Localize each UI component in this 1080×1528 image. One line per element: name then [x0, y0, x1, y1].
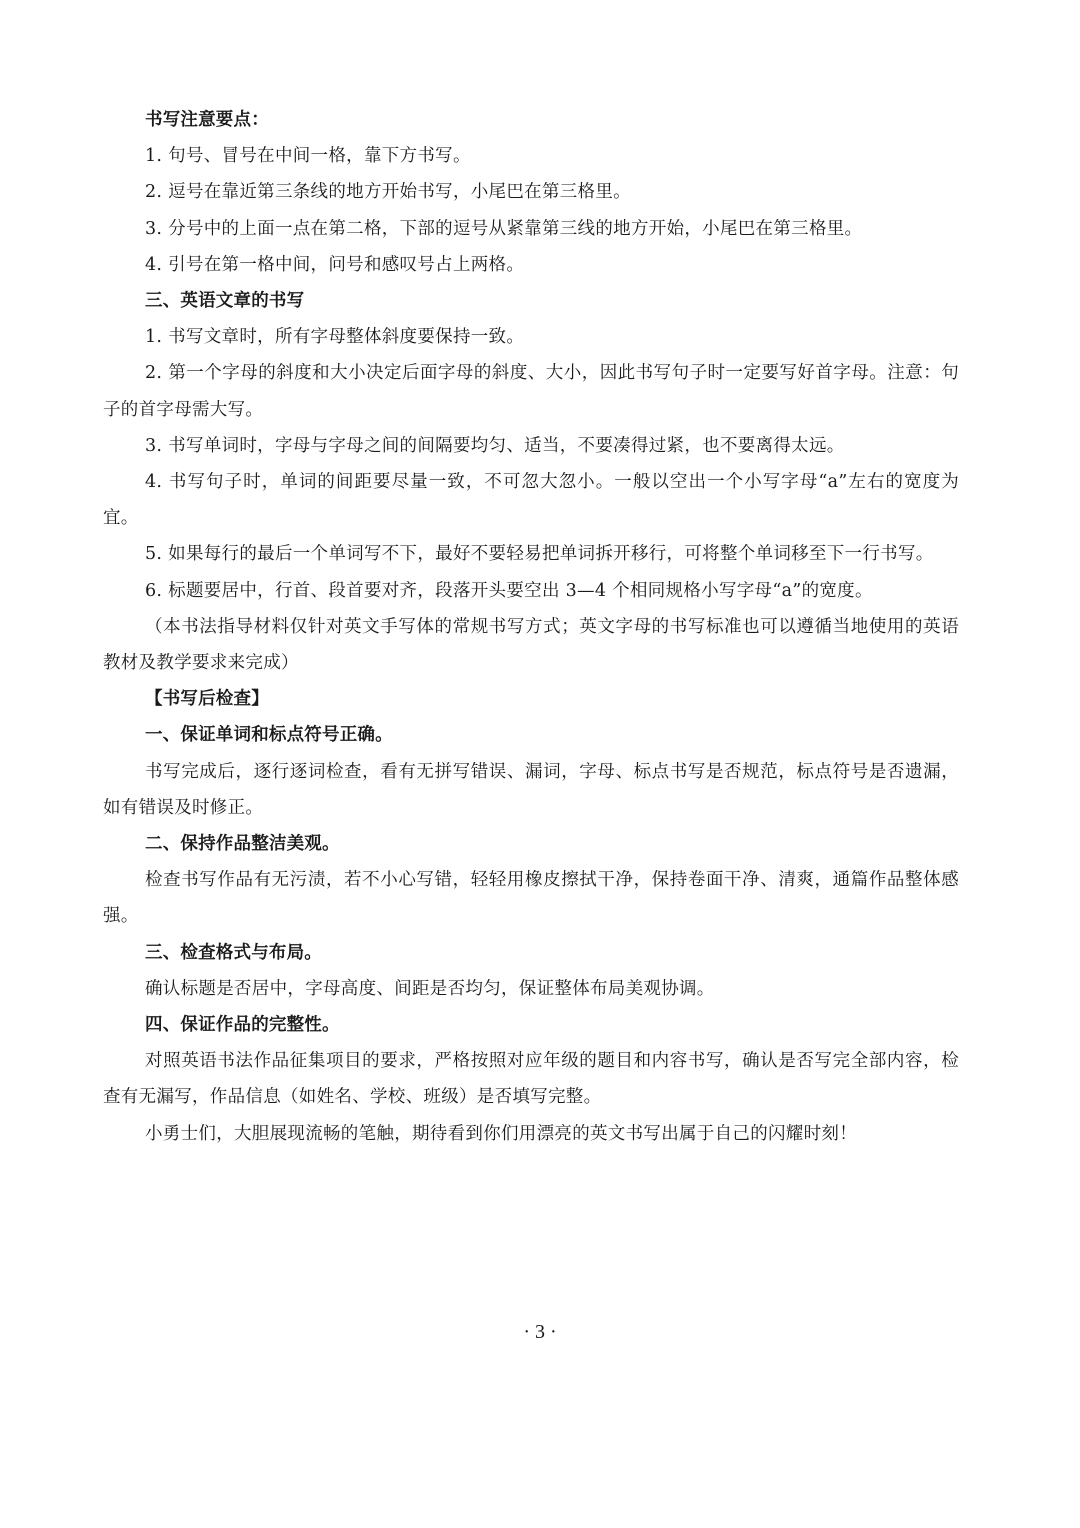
check-body-4: 对照英语书法作品征集项目的要求，严格按照对应年级的题目和内容书写，确认是否写完全… — [103, 1043, 959, 1115]
check-heading-2: 二、保持作品整洁美观。 — [103, 826, 959, 862]
section3-item-3: 3. 书写单词时，字母与字母之间的间隔要均匀、适当，不要凑得过紧，也不要离得太远… — [103, 428, 959, 464]
note-item-1: 1. 句号、冒号在中间一格，靠下方书写。 — [103, 138, 959, 174]
check-heading-3: 三、检查格式与布局。 — [103, 935, 959, 971]
check-body-2: 检查书写作品有无污渍，若不小心写错，轻轻用橡皮擦拭干净，保持卷面干净、清爽，通篇… — [103, 862, 959, 934]
note-item-2: 2. 逗号在靠近第三条线的地方开始书写，小尾巴在第三格里。 — [103, 174, 959, 210]
section3-item-4: 4. 书写句子时，单词的间距要尽量一致，不可忽大忽小。一般以空出一个小写字母“a… — [103, 464, 959, 536]
note-item-4: 4. 引号在第一格中间，问号和感叹号占上两格。 — [103, 247, 959, 283]
section3-item-1: 1. 书写文章时，所有字母整体斜度要保持一致。 — [103, 319, 959, 355]
after-check-title: 【书写后检查】 — [103, 681, 959, 717]
notes-title: 书写注意要点： — [103, 102, 959, 138]
closing-message: 小勇士们，大胆展现流畅的笔触，期待看到你们用漂亮的英文书写出属于自己的闪耀时刻！ — [103, 1116, 959, 1152]
section3-item-5: 5. 如果每行的最后一个单词写不下，最好不要轻易把单词拆开移行，可将整个单词移至… — [103, 536, 959, 572]
check-heading-1: 一、保证单词和标点符号正确。 — [103, 717, 959, 753]
check-body-1: 书写完成后，逐行逐词检查，看有无拼写错误、漏词，字母、标点书写是否规范，标点符号… — [103, 754, 959, 826]
section3-item-6: 6. 标题要居中，行首、段首要对齐，段落开头要空出 3—4 个相同规格小写字母“… — [103, 573, 959, 609]
section3-title: 三、英语文章的书写 — [103, 283, 959, 319]
note-item-3: 3. 分号中的上面一点在第二格，下部的逗号从紧靠第三线的地方开始，小尾巴在第三格… — [103, 211, 959, 247]
check-body-3: 确认标题是否居中，字母高度、间距是否均匀，保证整体布局美观协调。 — [103, 971, 959, 1007]
page-number: · 3 · — [0, 1321, 1080, 1344]
section3-note: （本书法指导材料仅针对英文手写体的常规书写方式；英文字母的书写标准也可以遵循当地… — [103, 609, 959, 681]
document-page: 书写注意要点： 1. 句号、冒号在中间一格，靠下方书写。 2. 逗号在靠近第三条… — [103, 102, 959, 1152]
check-heading-4: 四、保证作品的完整性。 — [103, 1007, 959, 1043]
section3-item-2: 2. 第一个字母的斜度和大小决定后面字母的斜度、大小，因此书写句子时一定要写好首… — [103, 355, 959, 427]
